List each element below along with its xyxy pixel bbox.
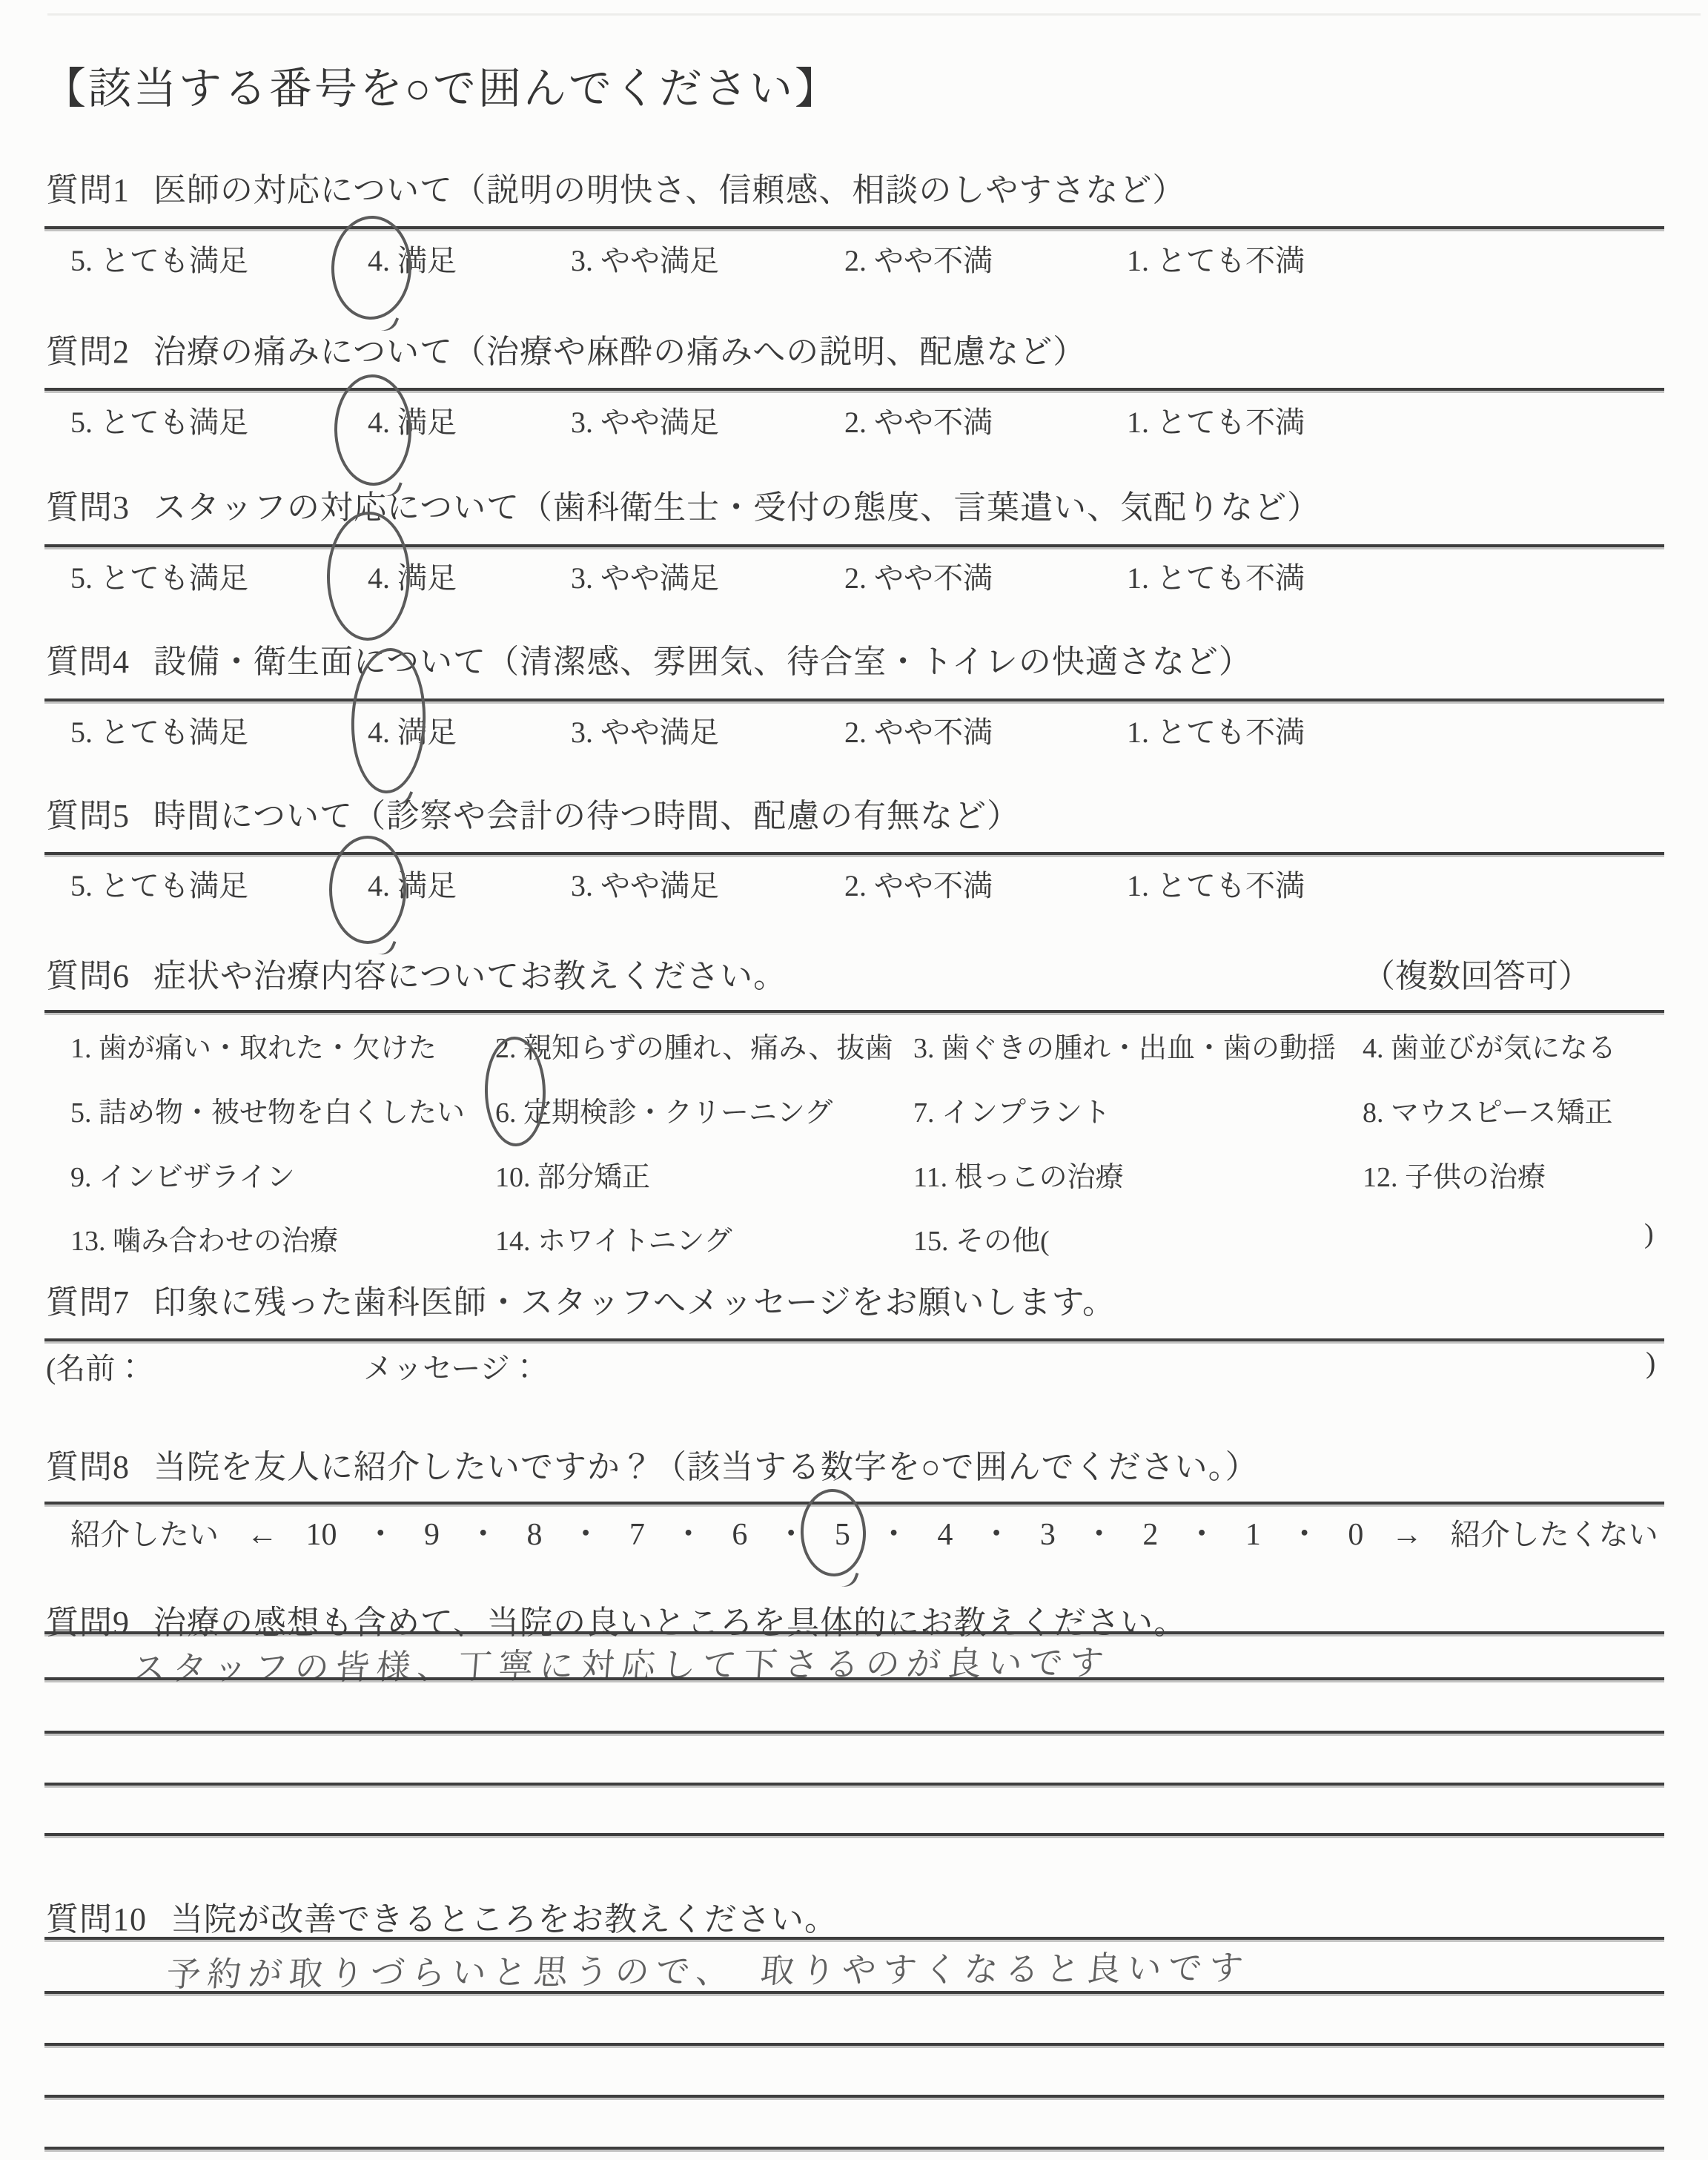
scale-option-2: 2. やや不満 <box>844 862 993 905</box>
selection-circle-q1 <box>330 214 414 321</box>
dot-separator: ・ <box>468 1510 499 1554</box>
scale-option-5: 5. とても満足 <box>70 237 248 280</box>
question-6-header: 質問6症状や治療内容についてお教えください。 <box>46 949 787 997</box>
q6-option-2: 2. 親知らずの腫れ、痛み、抜歯 <box>495 1025 893 1066</box>
question-number: 質問8 <box>46 1449 130 1485</box>
divider-line <box>44 544 1664 547</box>
dot-separator: ・ <box>1186 1510 1217 1554</box>
q6-option-8: 8. マウスピース矯正 <box>1363 1089 1612 1130</box>
question-text: 当院を友人に紹介したいですか？（該当する数字を○で囲んでください。） <box>153 1449 1259 1485</box>
question-4-header: 質問4設備・衛生面について（清潔感、雰囲気、待合室・トイレの快適さなど） <box>46 635 1252 682</box>
left-arrow-icon: ← <box>247 1517 278 1553</box>
q6-option-15: 15. その他( <box>913 1218 1050 1258</box>
scale-option-3: 3. やや満足 <box>571 399 719 441</box>
nps-number-2: 2 <box>1142 1517 1158 1553</box>
nps-number-8: 8 <box>526 1517 542 1553</box>
question-3-options: 5. とても満足 4. 満足 3. やや満足 2. やや不満 1. とても不満 <box>0 555 1708 598</box>
question-text: 治療の痛みについて（治療や麻酔の痛みへの説明、配慮など） <box>153 334 1086 370</box>
answer-line <box>44 1677 1664 1680</box>
question-text: 医師の対応について（説明の明快さ、信頼感、相談のしやすさなど） <box>153 172 1185 208</box>
question-number: 質問5 <box>46 798 130 834</box>
question-text: 設備・衛生面について（清潔感、雰囲気、待合室・トイレの快適さなど） <box>153 644 1252 680</box>
q6-option-13: 13. 噛み合わせの治療 <box>70 1218 338 1258</box>
selection-circle-q5 <box>329 836 406 944</box>
scale-option-3: 3. やや満足 <box>571 237 719 280</box>
nps-number-10: 10 <box>305 1517 337 1553</box>
question-text: 症状や治療内容についてお教えください。 <box>153 958 787 994</box>
nps-number-9: 9 <box>424 1517 440 1553</box>
divider-line <box>44 1338 1664 1341</box>
scale-option-1: 1. とても不満 <box>1127 237 1305 280</box>
question-1-header: 質問1医師の対応について（説明の明快さ、信頼感、相談のしやすさなど） <box>46 163 1185 211</box>
multi-answer-note: （複数回答可） <box>1363 949 1591 997</box>
nps-number-7: 7 <box>629 1517 645 1553</box>
answer-line <box>44 2147 1664 2150</box>
dot-separator: ・ <box>570 1510 601 1554</box>
q6-option-3: 3. 歯ぐきの腫れ・出血・歯の動揺 <box>913 1025 1336 1066</box>
divider-line <box>44 226 1664 229</box>
nps-number-4: 4 <box>937 1517 953 1553</box>
dot-separator: ・ <box>1084 1510 1115 1554</box>
survey-form-scan: 【該当する番号を○で囲んでください】 質問1医師の対応について（説明の明快さ、信… <box>0 0 1708 2160</box>
scale-option-1: 1. とても不満 <box>1127 862 1305 905</box>
dot-separator: ・ <box>365 1510 396 1554</box>
question-text: 時間について（診察や会計の待つ時間、配慮の有無など） <box>153 798 1020 834</box>
nps-number-6: 6 <box>732 1517 747 1553</box>
q6-option-11: 11. 根っこの治療 <box>913 1154 1124 1195</box>
q6-option-7: 7. インプラント <box>913 1089 1110 1130</box>
answer-line <box>44 2043 1664 2046</box>
question-7-header: 質問7印象に残った歯科医師・スタッフへメッセージをお願いします。 <box>46 1275 1116 1323</box>
dot-separator: ・ <box>981 1510 1012 1554</box>
scale-option-1: 1. とても不満 <box>1127 555 1305 597</box>
q6-option-6: 6. 定期検診・クリーニング <box>495 1089 833 1130</box>
dot-separator: ・ <box>1289 1510 1320 1554</box>
scale-option-3: 3. やや満足 <box>571 709 719 751</box>
scale-option-2: 2. やや不満 <box>844 399 993 441</box>
q6-option-14: 14. ホワイトニング <box>495 1218 732 1258</box>
scale-option-1: 1. とても不満 <box>1127 709 1305 751</box>
scale-option-5: 5. とても満足 <box>70 709 248 751</box>
nps-number-1: 1 <box>1245 1517 1261 1553</box>
q6-option-4: 4. 歯並びが気になる <box>1363 1025 1616 1066</box>
close-paren: ) <box>1646 1345 1655 1380</box>
divider-line <box>44 1010 1664 1013</box>
scale-option-3: 3. やや満足 <box>571 555 719 597</box>
scale-option-2: 2. やや不満 <box>844 237 993 280</box>
question-text: 当院が改善できるところをお教えください。 <box>171 1901 838 1938</box>
divider-line <box>44 698 1664 701</box>
divider-line <box>44 1631 1664 1634</box>
question-number: 質問7 <box>46 1284 130 1321</box>
answer-line <box>44 1731 1664 1734</box>
page-title: 【該当する番号を○で囲んでください】 <box>43 53 840 116</box>
answer-line <box>44 1991 1664 1994</box>
question-number: 質問1 <box>46 172 130 208</box>
name-field-label: (名前： <box>46 1345 145 1387</box>
dot-separator: ・ <box>878 1510 910 1554</box>
answer-line <box>44 1833 1664 1836</box>
scale-option-2: 2. やや不満 <box>844 555 993 597</box>
question-10-header: 質問10当院が改善できるところをお教えください。 <box>46 1892 838 1940</box>
nps-left-label: 紹介したい <box>70 1511 219 1553</box>
handwritten-answer-q10: 予約が取りづらいと思うので、 取りやすくなると良いです <box>165 1941 1251 1997</box>
q6-option-10: 10. 部分矯正 <box>495 1154 650 1195</box>
divider-line <box>44 1937 1664 1940</box>
divider-line <box>44 852 1664 855</box>
question-3-header: 質問3スタッフの対応について（歯科衛生士・受付の態度、言葉遣い、気配りなど） <box>46 480 1320 528</box>
nps-number-3: 3 <box>1040 1517 1056 1553</box>
question-text: 印象に残った歯科医師・スタッフへメッセージをお願いします。 <box>153 1284 1116 1321</box>
q6-option-1: 1. 歯が痛い・取れた・欠けた <box>70 1025 437 1066</box>
question-number: 質問4 <box>46 644 130 680</box>
handwritten-answer-q9: スタッフの皆様、丁寧に対応して下さるのが良いです <box>130 1636 1112 1691</box>
dot-separator: ・ <box>673 1510 704 1554</box>
question-2-header: 質問2治療の痛みについて（治療や麻酔の痛みへの説明、配慮など） <box>46 325 1086 372</box>
q6-option-5: 5. 詰め物・被せ物を白くしたい <box>70 1089 465 1130</box>
scale-option-2: 2. やや不満 <box>844 709 993 751</box>
question-5-options: 5. とても満足 4. 満足 3. やや満足 2. やや不満 1. とても不満 <box>0 862 1708 905</box>
question-8-header: 質問8当院を友人に紹介したいですか？（該当する数字を○で囲んでください。） <box>46 1440 1259 1487</box>
q6-option-12: 12. 子供の治療 <box>1363 1154 1546 1195</box>
scale-option-5: 5. とても満足 <box>70 862 248 905</box>
selection-circle-q3 <box>325 511 411 641</box>
question-number: 質問6 <box>46 958 130 994</box>
scan-artifact-line <box>47 13 1701 16</box>
message-field-label: メッセージ： <box>363 1345 540 1387</box>
question-number: 質問2 <box>46 334 130 370</box>
question-2-options: 5. とても満足 4. 満足 3. やや満足 2. やや不満 1. とても不満 <box>0 399 1708 442</box>
question-number: 質問9 <box>46 1605 130 1641</box>
scale-option-1: 1. とても不満 <box>1127 399 1305 441</box>
answer-line <box>44 2095 1664 2098</box>
scale-option-3: 3. やや満足 <box>571 862 719 905</box>
scale-option-5: 5. とても満足 <box>70 399 248 441</box>
question-4-options: 5. とても満足 4. 満足 3. やや満足 2. やや不満 1. とても不満 <box>0 709 1708 752</box>
nps-number-0: 0 <box>1348 1517 1363 1553</box>
question-text: スタッフの対応について（歯科衛生士・受付の態度、言葉遣い、気配りなど） <box>153 489 1320 526</box>
nps-right-label: 紹介したくない <box>1451 1511 1658 1553</box>
scale-option-5: 5. とても満足 <box>70 555 248 597</box>
right-arrow-icon: → <box>1391 1517 1423 1553</box>
question-1-options: 5. とても満足 4. 満足 3. やや満足 2. やや不満 1. とても不満 <box>0 237 1708 280</box>
question-number: 質問3 <box>46 489 130 526</box>
q6-other-close-paren: ) <box>1644 1218 1654 1250</box>
question-number: 質問10 <box>46 1901 147 1938</box>
q6-option-9: 9. インビザライン <box>70 1154 295 1195</box>
question-5-header: 質問5時間について（診察や会計の待つ時間、配慮の有無など） <box>46 789 1020 836</box>
answer-line <box>44 1783 1664 1786</box>
divider-line <box>44 388 1664 391</box>
